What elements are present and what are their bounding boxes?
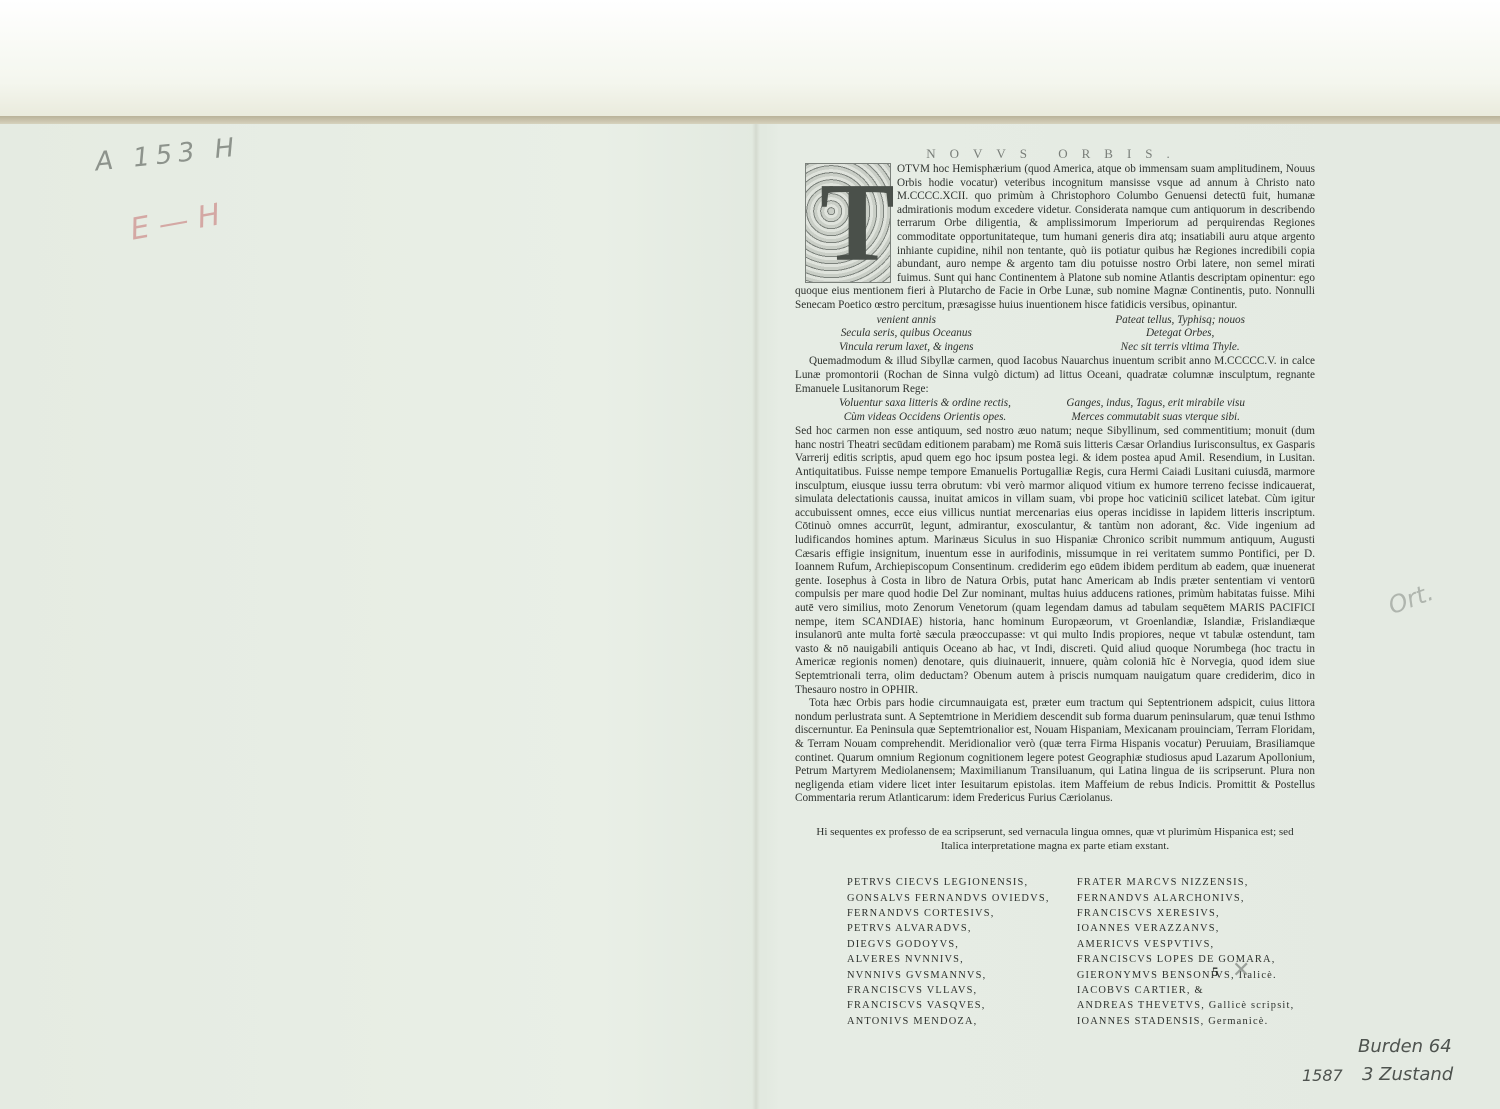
verse-line: Secula seris, quibus Oceanus <box>839 327 974 341</box>
author-name: IOANNES STADENSIS, Germanicè. <box>1077 1014 1315 1029</box>
verse-right: Ganges, indus, Tagus, erit mirabile visu… <box>1066 397 1245 424</box>
seneca-verse: venient annis Secula seris, quibus Ocean… <box>795 314 1315 355</box>
geography-paragraph: Tota hæc Orbis pars hodie circumnauigata… <box>795 697 1315 806</box>
author-name: IACOBVS CARTIER, & <box>1077 983 1315 998</box>
verse-left: Voluentur saxa litteris & ordine rectis,… <box>839 397 1011 424</box>
author-name: AMERICVS VESPVTIVS, <box>1077 937 1315 952</box>
author-name: PETRVS CIECVS LEGIONENSIS, <box>847 875 1067 890</box>
authors-list: PETRVS CIECVS LEGIONENSIS, GONSALVS FERN… <box>795 875 1315 1029</box>
scanner-background <box>0 0 1500 118</box>
author-name: GONSALVS FERNANDVS OVIEDVS, <box>847 891 1067 906</box>
pencil-cross-icon: ✕ <box>1232 958 1250 983</box>
initial-letter: T <box>820 164 895 282</box>
handwritten-catalog-ref: Burden 64 <box>1358 1036 1452 1057</box>
commentary-paragraph: Sed hoc carmen non esse antiquum, sed no… <box>795 425 1315 697</box>
center-fold <box>752 124 760 1109</box>
author-name: ANDREAS THEVETVS, Gallicè scripsit, <box>1077 998 1315 1013</box>
author-name: FRANCISCVS VASQVES, <box>847 998 1067 1013</box>
author-name: ALVERES NVNNIVS, <box>847 952 1067 967</box>
handwritten-state: 3 Zustand <box>1362 1064 1453 1085</box>
author-name: DIEGVS GODOYVS, <box>847 937 1067 952</box>
author-name: FERNANDVS ALARCHONIVS, <box>1077 891 1315 906</box>
author-name: FRANCISCVS LOPES DE GOMARA, <box>1077 952 1315 967</box>
author-name: PETRVS ALVARADVS, <box>847 921 1067 936</box>
handwritten-year: 1587 <box>1302 1066 1343 1085</box>
verse-line: Merces commutabit suas vterque sibi. <box>1066 411 1245 425</box>
author-name: ANTONIVS MENDOZA, <box>847 1014 1067 1029</box>
authors-left-column: PETRVS CIECVS LEGIONENSIS, GONSALVS FERN… <box>795 875 1067 1029</box>
authors-right-column: FRATER MARCVS NIZZENSIS, FERNANDVS ALARC… <box>1067 875 1315 1029</box>
author-name: IOANNES VERAZZANVS, <box>1077 921 1315 936</box>
verse-line: Detegat Orbes, <box>1115 327 1245 341</box>
page-title: NOVVS ORBIS. <box>795 147 1315 161</box>
verse-line: Nec sit terris vltima Thyle. <box>1115 341 1245 355</box>
verse-left: venient annis Secula seris, quibus Ocean… <box>839 314 974 355</box>
sibyl-verse: Voluentur saxa litteris & ordine rectis,… <box>795 397 1315 424</box>
printed-text-block: NOVVS ORBIS. T OTVM hoc Hemisphærium (qu… <box>795 147 1315 1029</box>
author-name: FRANCISCVS XERESIVS, <box>1077 906 1315 921</box>
author-name: FERNANDVS CORTESIVS, <box>847 906 1067 921</box>
verse-line: Pateat tellus, Typhisq; nouos <box>1115 314 1245 328</box>
author-name: NVNNIVS GVSMANNVS, <box>847 968 1067 983</box>
author-name: GIERONYMVS BENSONIVS, Italicè. <box>1077 968 1315 983</box>
sibyl-paragraph: Quemadmodum & illud Sibyllæ carmen, quod… <box>795 355 1315 396</box>
author-name: FRANCISCVS VLLAVS, <box>847 983 1067 998</box>
verse-line: Vincula rerum laxet, & ingens <box>839 341 974 355</box>
decorated-initial: T <box>805 163 891 283</box>
folio-signature: 5 <box>1212 964 1219 980</box>
verse-line: Cùm videas Occidens Orientis opes. <box>839 411 1011 425</box>
verse-line: venient annis <box>839 314 974 328</box>
author-name: FRATER MARCVS NIZZENSIS, <box>1077 875 1315 890</box>
verse-line: Ganges, indus, Tagus, erit mirabile visu <box>1066 397 1245 411</box>
verse-line: Voluentur saxa litteris & ordine rectis, <box>839 397 1011 411</box>
verse-right: Pateat tellus, Typhisq; nouos Detegat Or… <box>1115 314 1245 355</box>
authors-intro: Hi sequentes ex professo de ea scripseru… <box>815 826 1295 853</box>
